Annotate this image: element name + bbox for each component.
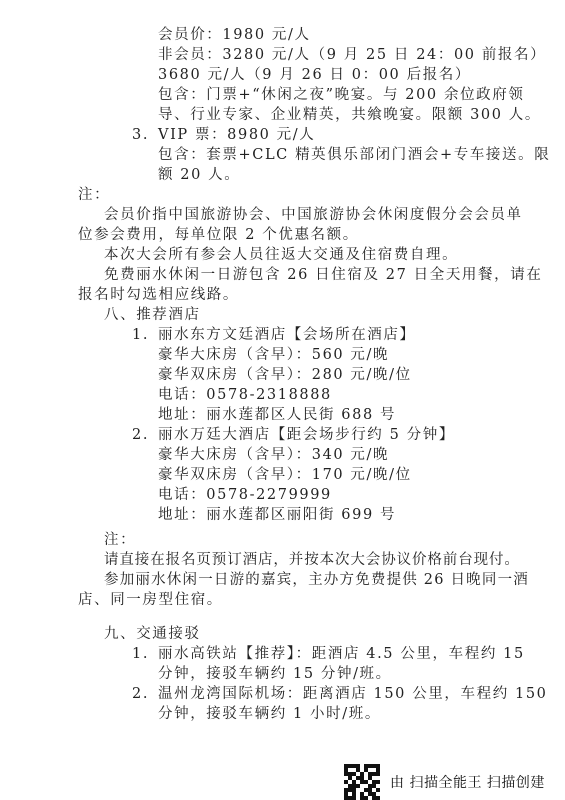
vip-number: 3. [132,125,149,145]
transport-1-line-2: 分钟，接驳车辆约 15 分钟/班。 [158,664,392,684]
hotel-1-address: 地址：丽水莲都区人民街 688 号 [158,405,396,425]
transport-2-number: 2. [132,684,149,704]
watermark-text: 由 扫描全能王 扫描创建 [390,772,545,792]
notes-line-5: 报名时勾选相应线路。 [78,285,239,305]
transport-2-line-2: 分钟，接驳车辆约 1 小时/班。 [158,704,381,724]
hotel-2-king-room: 豪华大床房（含早）：340 元/晚 [158,445,389,465]
notes-line-1: 会员价指中国旅游协会、中国旅游协会休闲度假分会会员单 [104,205,523,225]
vip-includes-line-1: 包含：套票+CLC 精英俱乐部闭门酒会+专车接送。限 [158,145,550,165]
hotel-1-twin-room: 豪华双床房（含早）：280 元/晚/位 [158,365,412,385]
vip-includes-line-2: 额 20 人。 [158,165,240,185]
non-member-late-price: 3680 元/人（9 月 26 日 0：00 后报名） [158,65,471,85]
transport-1-line-1: 丽水高铁站【推荐】：距酒店 4.5 公里，车程约 15 [158,644,525,664]
includes-line-1: 包含：门票+“休闲之夜”晚宴。与 200 余位政府领 [158,85,524,105]
hotel-1-phone: 电话：0578-2318888 [158,385,332,405]
hotel-2-number: 2. [132,425,149,445]
hotel-1-king-room: 豪华大床房（含早）：560 元/晚 [158,345,389,365]
hotel-2-twin-room: 豪华双床房（含早）：170 元/晚/位 [158,465,412,485]
scanner-watermark: 由 扫描全能王 扫描创建 [344,764,545,800]
hotel-2-address: 地址：丽水莲都区丽阳街 699 号 [158,505,396,525]
non-member-early-price: 非会员：3280 元/人（9 月 25 日 24：00 前报名） [158,45,546,65]
hotels-heading: 八、推荐酒店 [104,305,201,325]
hotel-notes-line-3: 店、同一房型住宿。 [78,590,223,610]
hotel-1-name: 丽水东方文廷酒店【会场所在酒店】 [158,325,416,345]
hotel-notes-line-2: 参加丽水休闲一日游的嘉宾，主办方免费提供 26 日晚同一酒 [104,570,529,590]
transport-heading: 九、交通接驳 [104,624,201,644]
hotel-notes-label: 注： [104,530,136,550]
hotel-notes-line-1: 请直接在报名页预订酒店，并按本次大会协议价格前台现付。 [104,550,520,570]
notes-line-4: 免费丽水休闲一日游包含 26 日住宿及 27 日全天用餐，请在 [104,265,542,285]
transport-2-line-1: 温州龙湾国际机场：距离酒店 150 公里，车程约 150 [158,684,547,704]
hotel-2-name: 丽水万廷大酒店【距会场步行约 5 分钟】 [158,425,455,445]
transport-1-number: 1. [132,644,149,664]
notes-label: 注： [78,185,110,205]
hotel-2-phone: 电话：0578-2279999 [158,485,332,505]
qr-code-icon [344,764,380,800]
hotel-1-number: 1. [132,325,149,345]
notes-line-3: 本次大会所有参会人员往返大交通及住宿费自理。 [104,245,458,265]
includes-line-2: 导、行业专家、企业精英，共飨晚宴。限额 300 人。 [158,105,541,125]
notes-line-2: 位参会费用，每单位限 2 个优惠名额。 [78,225,359,245]
member-price: 会员价：1980 元/人 [158,25,311,45]
vip-title: VIP 票：8980 元/人 [158,125,315,145]
